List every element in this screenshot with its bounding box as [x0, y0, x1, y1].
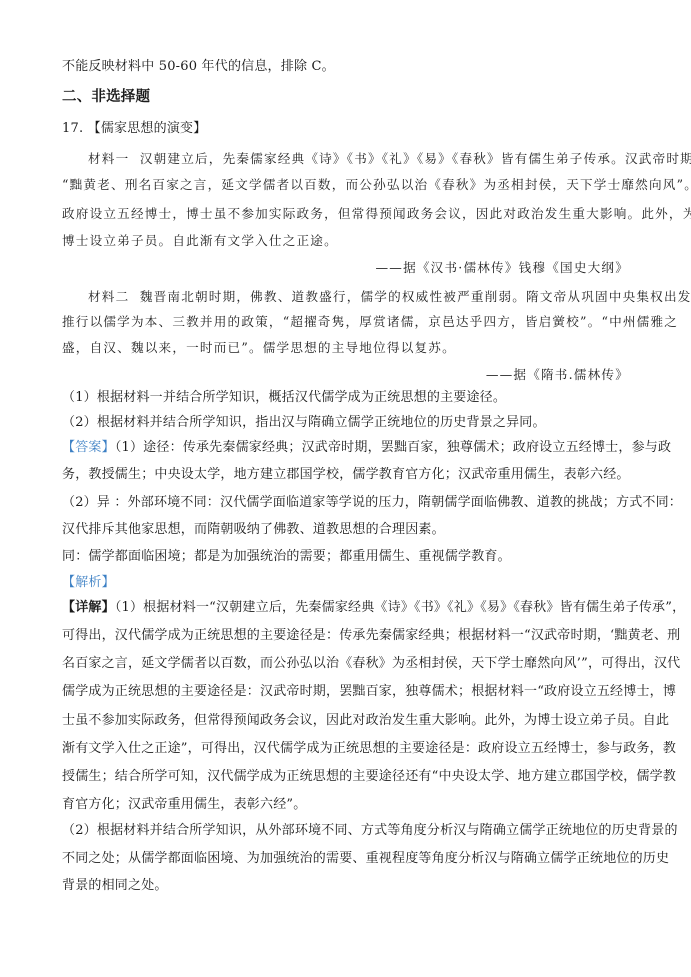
document-page: 不能反映材料中 50-60 年代的信息，排除 C。 二、非选择题 17. 【儒家…	[0, 0, 691, 977]
answer-line-3: （2）异 ：外部环境不同：汉代儒学面临道家等学说的压力，隋朝儒学面临佛教、道教的…	[62, 494, 637, 512]
subquestion-2: （2）根据材料并结合所学知识，指出汉与隋确立儒学正统地位的历史背景之异同。	[62, 414, 637, 432]
analysis-line-2: 可得出，汉代儒学成为正统思想的主要途径是：传承先秦儒家经典；根据材料一“汉武帝时…	[62, 627, 637, 645]
analysis-line-6: 渐有文学入仕之正途”，可得出，汉代儒学成为正统思想的主要途径是：政府设立五经博士…	[62, 740, 637, 758]
answer-line-4: 汉代排斥其他家思想，而隋朝吸纳了佛教、道教思想的合理因素。	[62, 521, 637, 539]
question-title: 17. 【儒家思想的演变】	[62, 120, 637, 138]
material2-line-3: 盛，自汉、魏以来，一时而已”。儒学思想的主导地位得以复苏。	[62, 339, 637, 357]
question-number: 17.	[62, 121, 83, 136]
subquestion-1: （1）根据材料一并结合所学知识，概括汉代儒学成为正统思想的主要途径。	[62, 389, 637, 407]
analysis-line-4: 儒学成为正统思想的主要途径是：汉武帝时期，罢黜百家，独尊儒术；根据材料一“政府设…	[62, 683, 637, 701]
answer-line-2: 务，教授儒生；中央设太学，地方建立郡国学校，儒学教育官方化；汉武帝重用儒生，表彰…	[62, 466, 637, 484]
material1-line-1: 材料一 汉朝建立后，先秦儒家经典《诗》《书》《礼》《易》《春秋》皆有儒生弟子传承…	[88, 150, 663, 168]
material2-label: 材料二	[88, 289, 129, 304]
analysis-line-1: 【详解】（1）根据材料一“汉朝建立后，先秦儒家经典《诗》《书》《礼》《易》《春秋…	[62, 599, 637, 617]
material1-line-2: “黜黄老、刑名百家之言，延文学儒者以百数，而公孙弘以治《春秋》为丞相封侯，天下学…	[62, 176, 637, 194]
material1-line-4: 博士设立弟子员。自此渐有文学入仕之正途。	[62, 232, 637, 250]
analysis-line-9: （2）根据材料并结合所学知识，从外部环境不同、方式等角度分析汉与隋确立儒学正统地…	[62, 822, 637, 840]
material1-line-3: 政府设立五经博士，博士虽不参加实际政务，但常得预闻政务会议，因此对政治发生重大影…	[62, 205, 637, 223]
intro-line: 不能反映材料中 50-60 年代的信息，排除 C。	[62, 58, 637, 76]
analysis-tag: 【解析】	[62, 574, 637, 592]
material2-line-1: 材料二 魏晋南北朝时期，佛教、道教盛行，儒学的权威性被严重削弱。隋文帝从巩固中央…	[88, 288, 663, 306]
material2-source: ——据《隋书.儒林传》	[486, 366, 629, 384]
analysis-line-3: 名百家之言，延文学儒者以百数，而公孙弘以治《春秋》为丞相封侯，天下学士靡然向风’…	[62, 655, 637, 673]
analysis-line-7: 授儒生；结合所学可知，汉代儒学成为正统思想的主要途径还有“中央设太学、地方建立郡…	[62, 768, 637, 786]
analysis-line-11: 背景的相同之处。	[62, 877, 637, 895]
answer-line-1: 【答案】（1）途径：传承先秦儒家经典；汉武帝时期，罢黜百家，独尊儒术；政府设立五…	[62, 439, 637, 457]
section-heading: 二、非选择题	[62, 88, 637, 106]
material2-line-2: 推行以儒学为本、三教并用的政策，“超擢奇隽，厚赏诸儒，京邑达乎四方，皆启黉校”。…	[62, 313, 637, 331]
material1-source: ——据《汉书·儒林传》钱穆《国史大纲》	[376, 259, 630, 277]
analysis-line-5: 士虽不参加实际政务，但常得预闻政务会议，因此对政治发生重大影响。此外，为博士设立…	[62, 712, 637, 730]
material1-label: 材料一	[88, 151, 129, 166]
answer-tag: 【答案】	[62, 440, 115, 455]
analysis-line-10: 不同之处；从儒学都面临困境、为加强统治的需要、重视程度等角度分析汉与隋确立儒学正…	[62, 850, 637, 868]
question-topic: 【儒家思想的演变】	[88, 121, 207, 136]
analysis-line-8: 育官方化；汉武帝重用儒生，表彰六经”。	[62, 796, 637, 814]
answer-line-5: 同：儒学都面临困境；都是为加强统治的需要；都重用儒生、重视儒学教育。	[62, 548, 637, 566]
detail-tag: 【详解】	[62, 600, 115, 615]
